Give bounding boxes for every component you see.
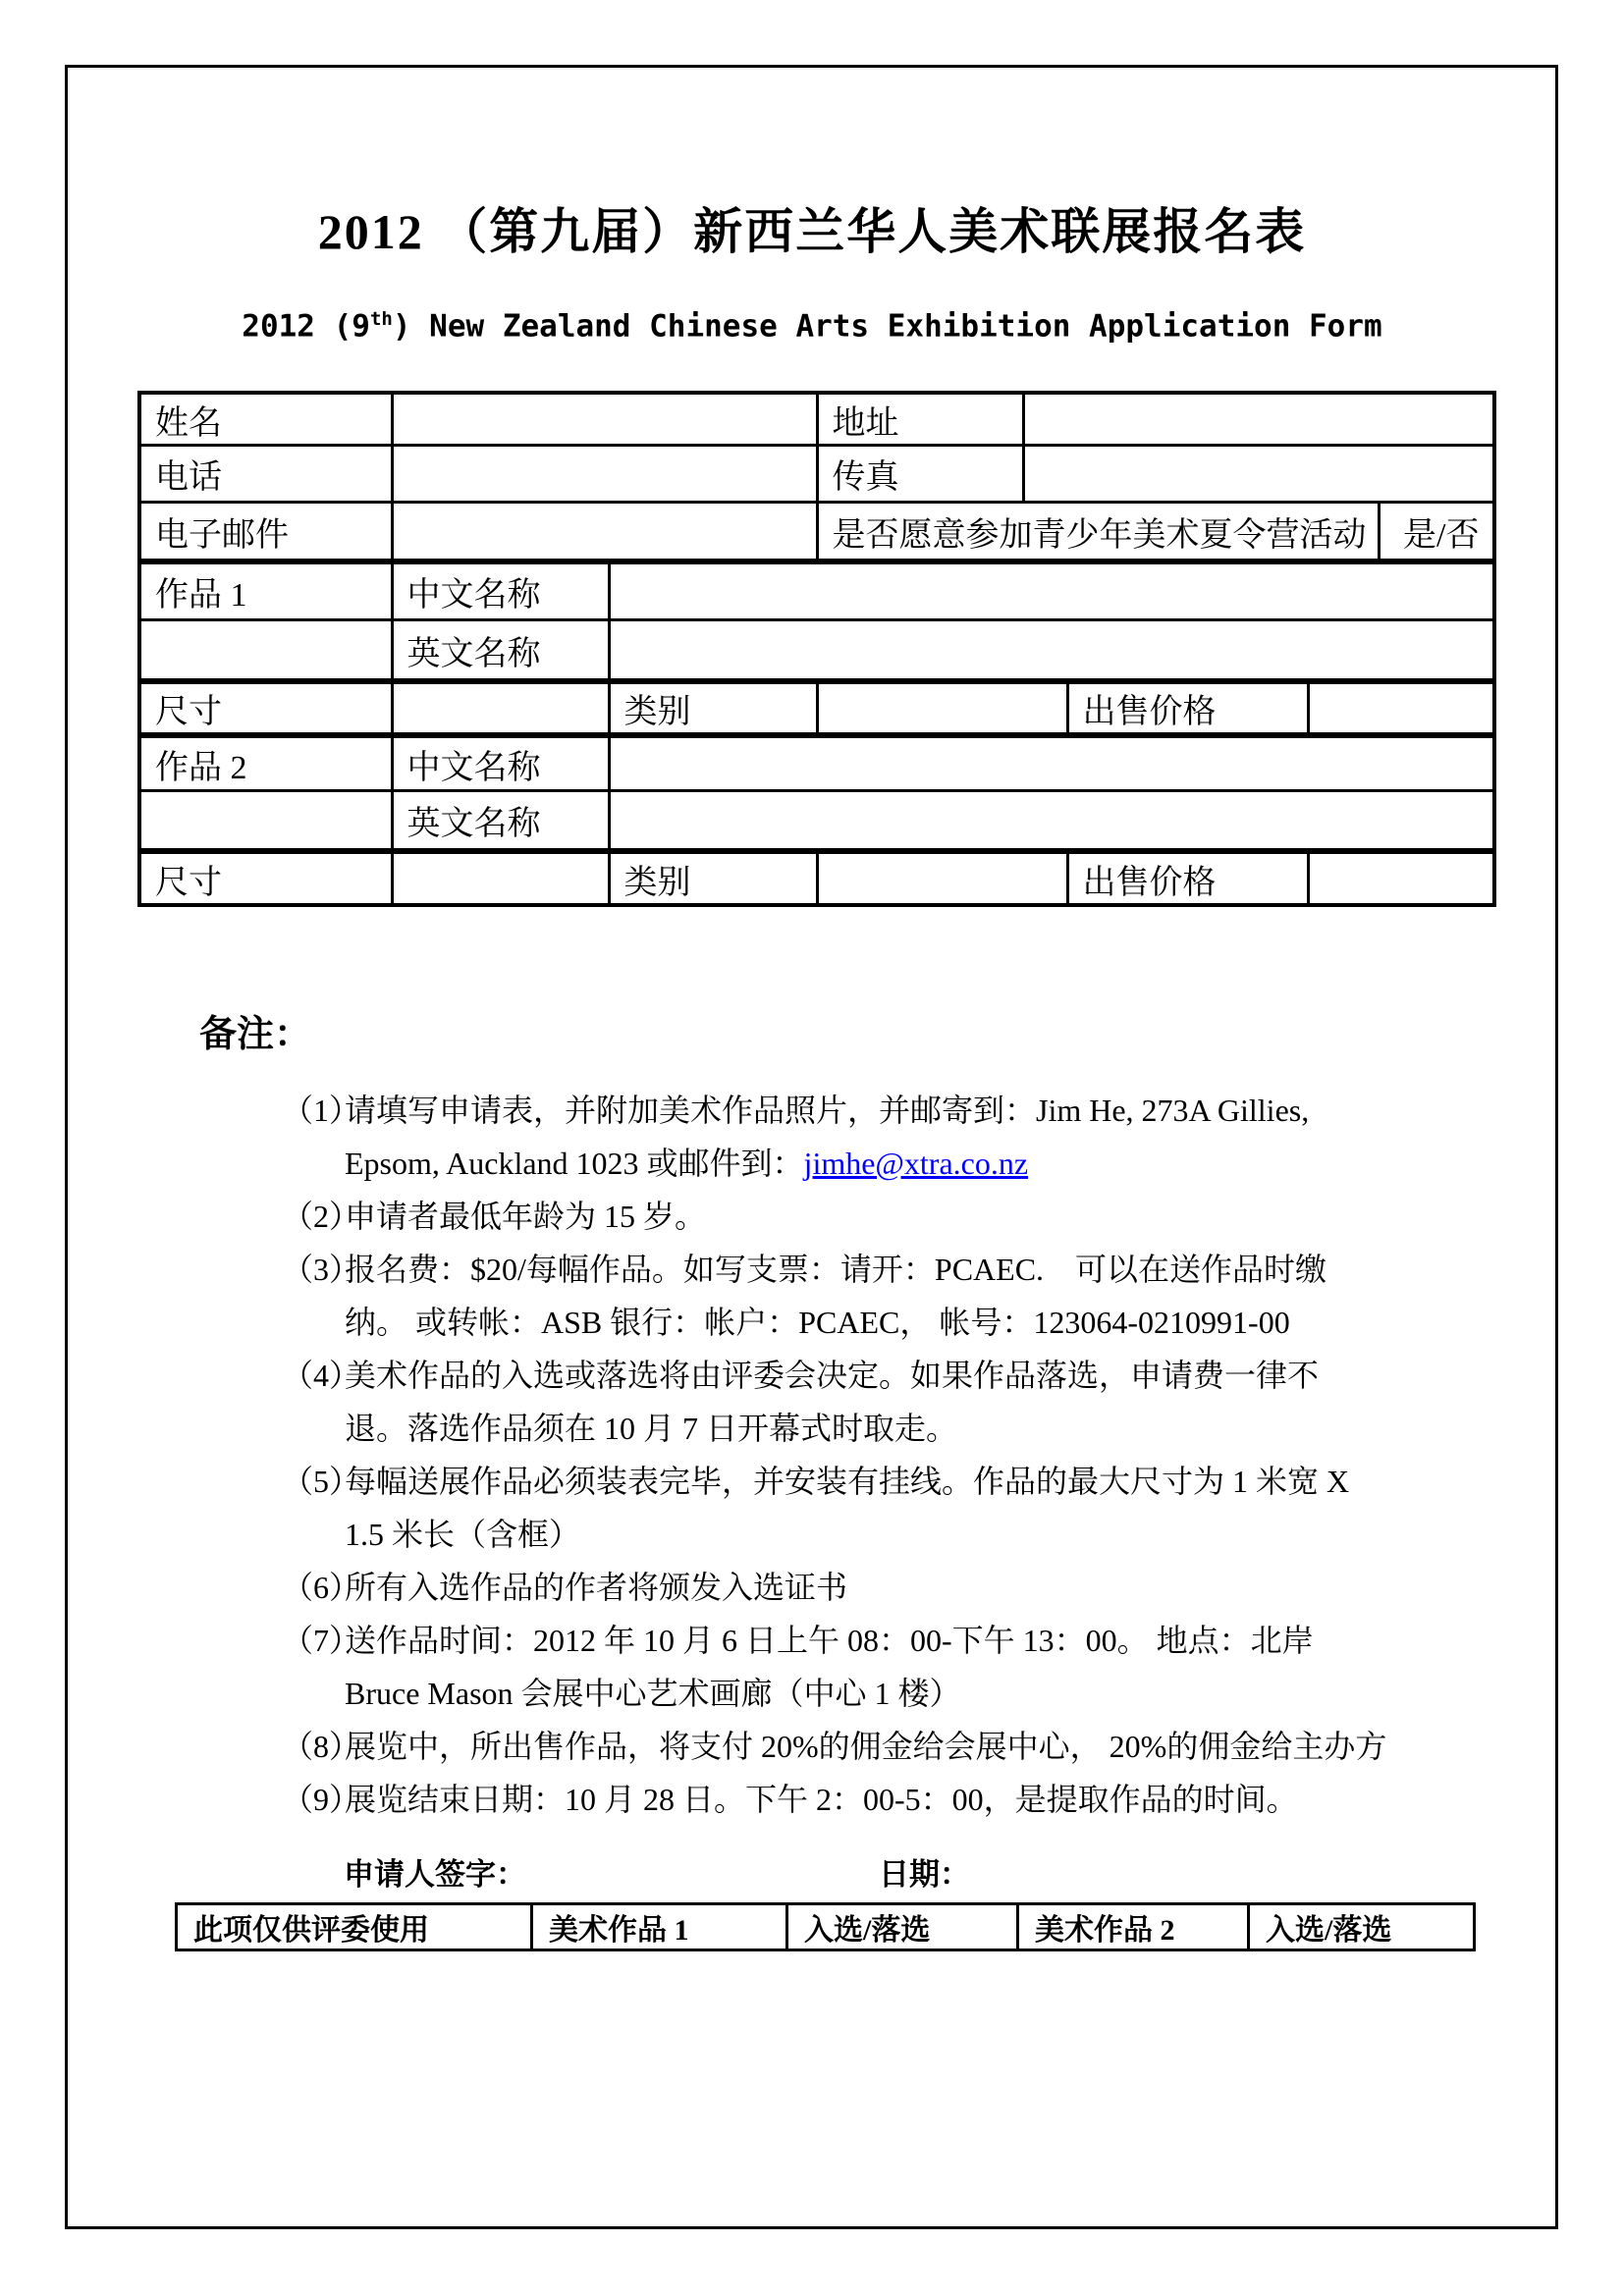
fax-input-cell [1023,446,1494,503]
work2-category-label: 类别 [609,851,817,905]
note-text: 申请者最低年龄为 15 岁。 [345,1190,706,1243]
work1-chinese-name-input-cell [609,561,1494,620]
fax-label: 传真 [817,446,1023,503]
email-label: 电子邮件 [139,503,392,562]
note-item-8: （8） 展览中，所出售作品，将支付 20%的佣金给会展中心， 20%的佣金给主办… [282,1720,1450,1773]
judges-use-label: 此项仅供评委使用 [177,1904,532,1950]
note-text: 美术作品的入选或落选将由评委会决定。如果作品落选，申请费一律不 退。落选作品须在… [345,1349,1319,1455]
phone-input-cell [392,446,817,503]
work1-english-name-label: 英文名称 [392,620,609,682]
note-item-9: （9） 展览结束日期：10 月 28 日。下午 2：00-5：00，是提取作品的… [282,1773,1450,1826]
note-item-1: （1） 请填写申请表，并附加美术作品照片，并邮寄到：Jim He, 273A G… [282,1084,1450,1190]
note-text: 展览中，所出售作品，将支付 20%的佣金给会展中心， 20%的佣金给主办方 [345,1720,1386,1773]
form-subtitle-en: 2012 (9th) New Zealand Chinese Arts Exhi… [0,308,1624,344]
note-text: 所有入选作品的作者将颁发入选证书 [345,1561,847,1614]
note-number: （3） [282,1243,345,1296]
application-form-table: 姓名 地址 电话 传真 电子邮件 是否愿意参加青少年美术夏令营活动 是/否 作品… [137,391,1496,907]
document-page: 2012 （第九届）新西兰华人美术联展报名表 2012 (9th) New Ze… [0,0,1624,2296]
note-item-4: （4） 美术作品的入选或落选将由评委会决定。如果作品落选，申请费一律不 退。落选… [282,1349,1450,1455]
subtitle-pre: 2012 (9 [242,308,370,344]
work2-chinese-name-input-cell [609,735,1494,791]
note-number: （4） [282,1349,345,1402]
work2-chinese-name-label: 中文名称 [392,735,609,791]
judges-work2-label: 美术作品 2 [1018,1904,1249,1950]
note-item-2: （2） 申请者最低年龄为 15 岁。 [282,1190,1450,1243]
subtitle-post: ) New Zealand Chinese Arts Exhibition Ap… [393,308,1382,344]
work1-chinese-name-label: 中文名称 [392,561,609,620]
date-label: 日期： [879,1849,970,1894]
note-number: （1） [282,1084,345,1137]
note-number: （5） [282,1455,345,1508]
work2-blank-cell [139,791,392,852]
note-text: 展览结束日期：10 月 28 日。下午 2：00-5：00，是提取作品的时间。 [345,1773,1298,1826]
work2-size-label: 尺寸 [139,851,392,905]
work1-blank-cell [139,620,392,682]
note-item-7: （7） 送作品时间：2012 年 10 月 6 日上午 08：00-下午 13：… [282,1614,1450,1720]
work1-category-label: 类别 [609,681,817,735]
email-link[interactable]: jimhe@xtra.co.nz [804,1146,1029,1181]
address-input-cell [1023,393,1494,446]
address-label: 地址 [817,393,1023,446]
camp-answer-cell: 是/否 [1379,503,1494,562]
note-number: （9） [282,1773,345,1826]
work2-english-name-label: 英文名称 [392,791,609,852]
note-text: 请填写申请表，并附加美术作品照片，并邮寄到：Jim He, 273A Gilli… [345,1084,1309,1190]
email-input-cell [392,503,817,562]
judges-work1-label: 美术作品 1 [532,1904,787,1950]
camp-question-label: 是否愿意参加青少年美术夏令营活动 [817,503,1379,562]
note-text: 送作品时间：2012 年 10 月 6 日上午 08：00-下午 13：00。 … [345,1614,1314,1720]
work2-english-name-input-cell [609,791,1494,852]
work2-price-input-cell [1308,851,1494,905]
judges-only-table: 此项仅供评委使用 美术作品 1 入选/落选 美术作品 2 入选/落选 [175,1902,1476,1951]
judges-work1-result-label: 入选/落选 [787,1904,1018,1950]
applicant-signature-label: 申请人签字： [344,1849,526,1894]
work2-category-input-cell [817,851,1067,905]
notes-heading: 备注： [199,1003,311,1057]
form-title: 2012 （第九届）新西兰华人美术联展报名表 [0,192,1624,263]
work1-size-input-cell [392,681,609,735]
note-number: （8） [282,1720,345,1773]
work1-size-label: 尺寸 [139,681,392,735]
note-item-5: （5） 每幅送展作品必须装表完毕，并安装有挂线。作品的最大尺寸为 1 米宽 X … [282,1455,1450,1561]
note-text: 报名费：$20/每幅作品。如写支票：请开：PCAEC. 可以在送作品时缴 纳。 … [345,1243,1326,1349]
note-item-3: （3） 报名费：$20/每幅作品。如写支票：请开：PCAEC. 可以在送作品时缴… [282,1243,1450,1349]
work1-label: 作品 1 [139,561,392,620]
subtitle-superscript: th [370,308,393,330]
note-number: （2） [282,1190,345,1243]
work1-english-name-input-cell [609,620,1494,682]
notes-list: （1） 请填写申请表，并附加美术作品照片，并邮寄到：Jim He, 273A G… [282,1084,1450,1826]
name-label: 姓名 [139,393,392,446]
phone-label: 电话 [139,446,392,503]
note-item-6: （6） 所有入选作品的作者将颁发入选证书 [282,1561,1450,1614]
work2-size-input-cell [392,851,609,905]
judges-work2-result-label: 入选/落选 [1249,1904,1475,1950]
name-input-cell [392,393,817,446]
note-number: （6） [282,1561,345,1614]
work2-label: 作品 2 [139,735,392,791]
note-number: （7） [282,1614,345,1667]
work1-price-input-cell [1308,681,1494,735]
work1-price-label: 出售价格 [1067,681,1308,735]
note-text: 每幅送展作品必须装表完毕，并安装有挂线。作品的最大尺寸为 1 米宽 X 1.5 … [345,1455,1349,1561]
work2-price-label: 出售价格 [1067,851,1308,905]
work1-category-input-cell [817,681,1067,735]
